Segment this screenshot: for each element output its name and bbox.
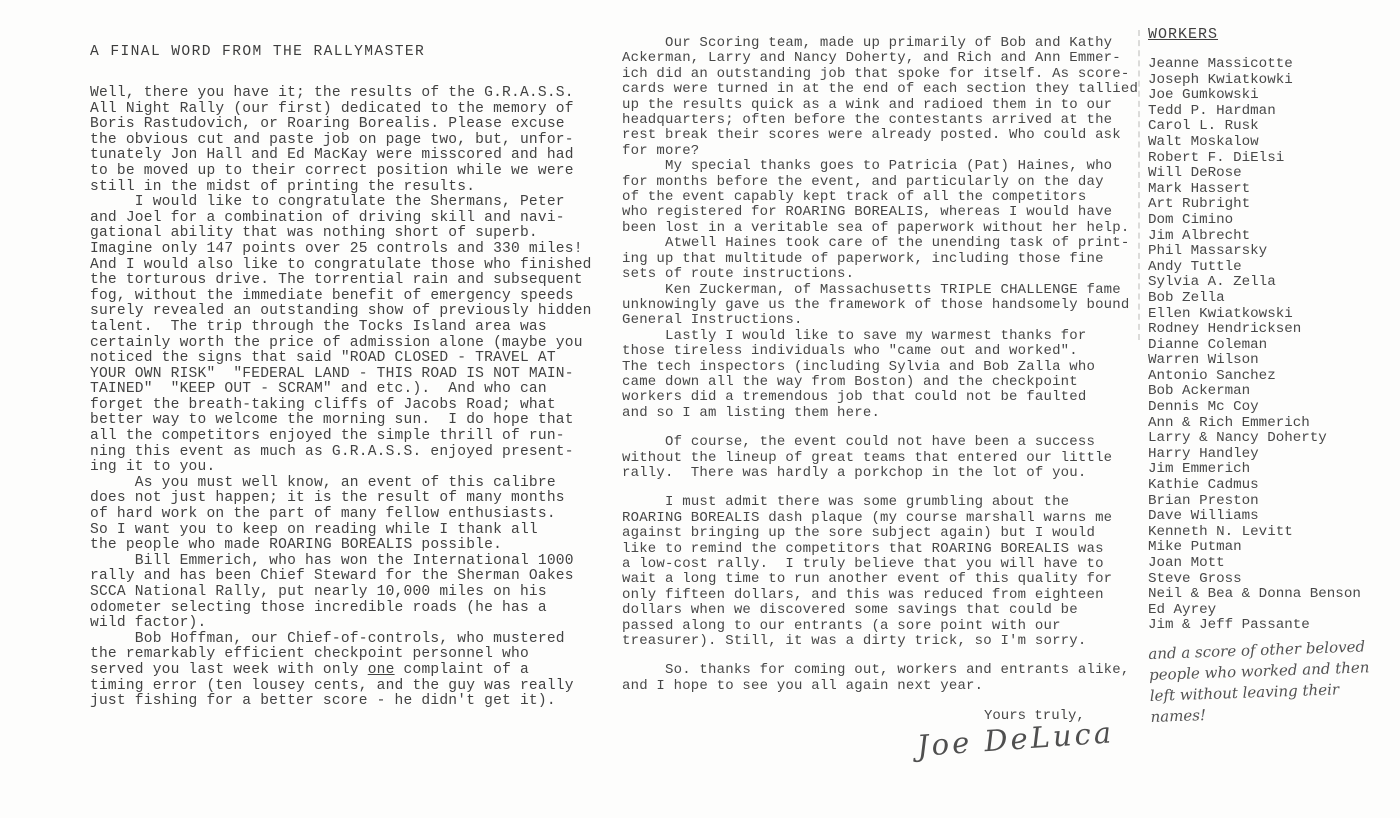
- handwritten-note: and a score of other beloved people who …: [1148, 635, 1400, 728]
- worker-name: Jim Albrecht: [1148, 229, 1400, 245]
- worker-name: Dianne Coleman: [1148, 338, 1400, 354]
- middle-paragraph-7: I must admit there was some grumbling ab…: [622, 495, 1144, 649]
- left-paragraph-3: As you must well know, an event of this …: [90, 476, 665, 554]
- worker-name: Jim & Jeff Passante: [1148, 618, 1400, 634]
- middle-paragraph-5: Lastly I would like to save my warmest t…: [622, 329, 1144, 421]
- worker-name: Dom Cimino: [1148, 213, 1400, 229]
- worker-name: Andy Tuttle: [1148, 260, 1400, 276]
- workers-column: WORKERS Jeanne MassicotteJoseph Kwiatkow…: [1148, 26, 1400, 728]
- worker-name: Carol L. Rusk: [1148, 119, 1400, 135]
- left-column: A FINAL WORD FROM THE RALLYMASTER Well, …: [90, 44, 665, 710]
- worker-name: Ann & Rich Emmerich: [1148, 416, 1400, 432]
- worker-name: Phil Massarsky: [1148, 244, 1400, 260]
- middle-paragraph-8: So. thanks for coming out, workers and e…: [622, 663, 1144, 694]
- worker-name: Will DeRose: [1148, 166, 1400, 182]
- page-title: A FINAL WORD FROM THE RALLYMASTER: [90, 44, 665, 60]
- left-paragraph-2: I would like to congratulate the Sherman…: [90, 195, 665, 476]
- worker-name: Harry Handley: [1148, 447, 1400, 463]
- worker-name: Bob Zella: [1148, 291, 1400, 307]
- worker-name: Mike Putman: [1148, 540, 1400, 556]
- worker-name: Art Rubright: [1148, 197, 1400, 213]
- left-paragraph-5: Bob Hoffman, our Chief-of-controls, who …: [90, 632, 665, 710]
- worker-name: Joan Mott: [1148, 556, 1400, 572]
- worker-name: Kenneth N. Levitt: [1148, 525, 1400, 541]
- worker-name: Ed Ayrey: [1148, 603, 1400, 619]
- worker-name: Tedd P. Hardman: [1148, 104, 1400, 120]
- worker-name: Jim Emmerich: [1148, 462, 1400, 478]
- middle-paragraph-2: My special thanks goes to Patricia (Pat)…: [622, 159, 1144, 236]
- worker-name: Joe Gumkowski: [1148, 88, 1400, 104]
- workers-heading: WORKERS: [1148, 26, 1400, 43]
- middle-paragraph-1: Our Scoring team, made up primarily of B…: [622, 36, 1144, 159]
- worker-name: Walt Moskalow: [1148, 135, 1400, 151]
- worker-name: Joseph Kwiatkowki: [1148, 73, 1400, 89]
- scanned-letter-page: A FINAL WORD FROM THE RALLYMASTER Well, …: [0, 0, 1400, 818]
- worker-name: Antonio Sanchez: [1148, 369, 1400, 385]
- worker-name: Sylvia A. Zella: [1148, 275, 1400, 291]
- middle-paragraph-3: Atwell Haines took care of the unending …: [622, 236, 1144, 282]
- worker-name: Steve Gross: [1148, 572, 1400, 588]
- worker-name: Mark Hassert: [1148, 182, 1400, 198]
- worker-name: Jeanne Massicotte: [1148, 57, 1400, 73]
- worker-name: Warren Wilson: [1148, 353, 1400, 369]
- left-paragraph-4: Bill Emmerich, who has won the Internati…: [90, 554, 665, 632]
- worker-name: Ellen Kwiatkowski: [1148, 307, 1400, 323]
- worker-name: Brian Preston: [1148, 494, 1400, 510]
- worker-name: Larry & Nancy Doherty: [1148, 431, 1400, 447]
- worker-name: Dennis Mc Coy: [1148, 400, 1400, 416]
- middle-paragraph-6: Of course, the event could not have been…: [622, 435, 1144, 481]
- worker-name: Kathie Cadmus: [1148, 478, 1400, 494]
- left-paragraph-1: Well, there you have it; the results of …: [90, 86, 665, 195]
- worker-name: Rodney Hendricksen: [1148, 322, 1400, 338]
- worker-name: Dave Williams: [1148, 509, 1400, 525]
- underlined-word-one: one: [368, 662, 395, 678]
- middle-paragraph-4: Ken Zuckerman, of Massachusetts TRIPLE C…: [622, 283, 1144, 329]
- worker-name: Bob Ackerman: [1148, 384, 1400, 400]
- worker-name: Robert F. DiElsi: [1148, 151, 1400, 167]
- middle-column: Our Scoring team, made up primarily of B…: [622, 36, 1144, 763]
- workers-list: Jeanne MassicotteJoseph KwiatkowkiJoe Gu…: [1148, 57, 1400, 634]
- worker-name: Neil & Bea & Donna Benson: [1148, 587, 1400, 603]
